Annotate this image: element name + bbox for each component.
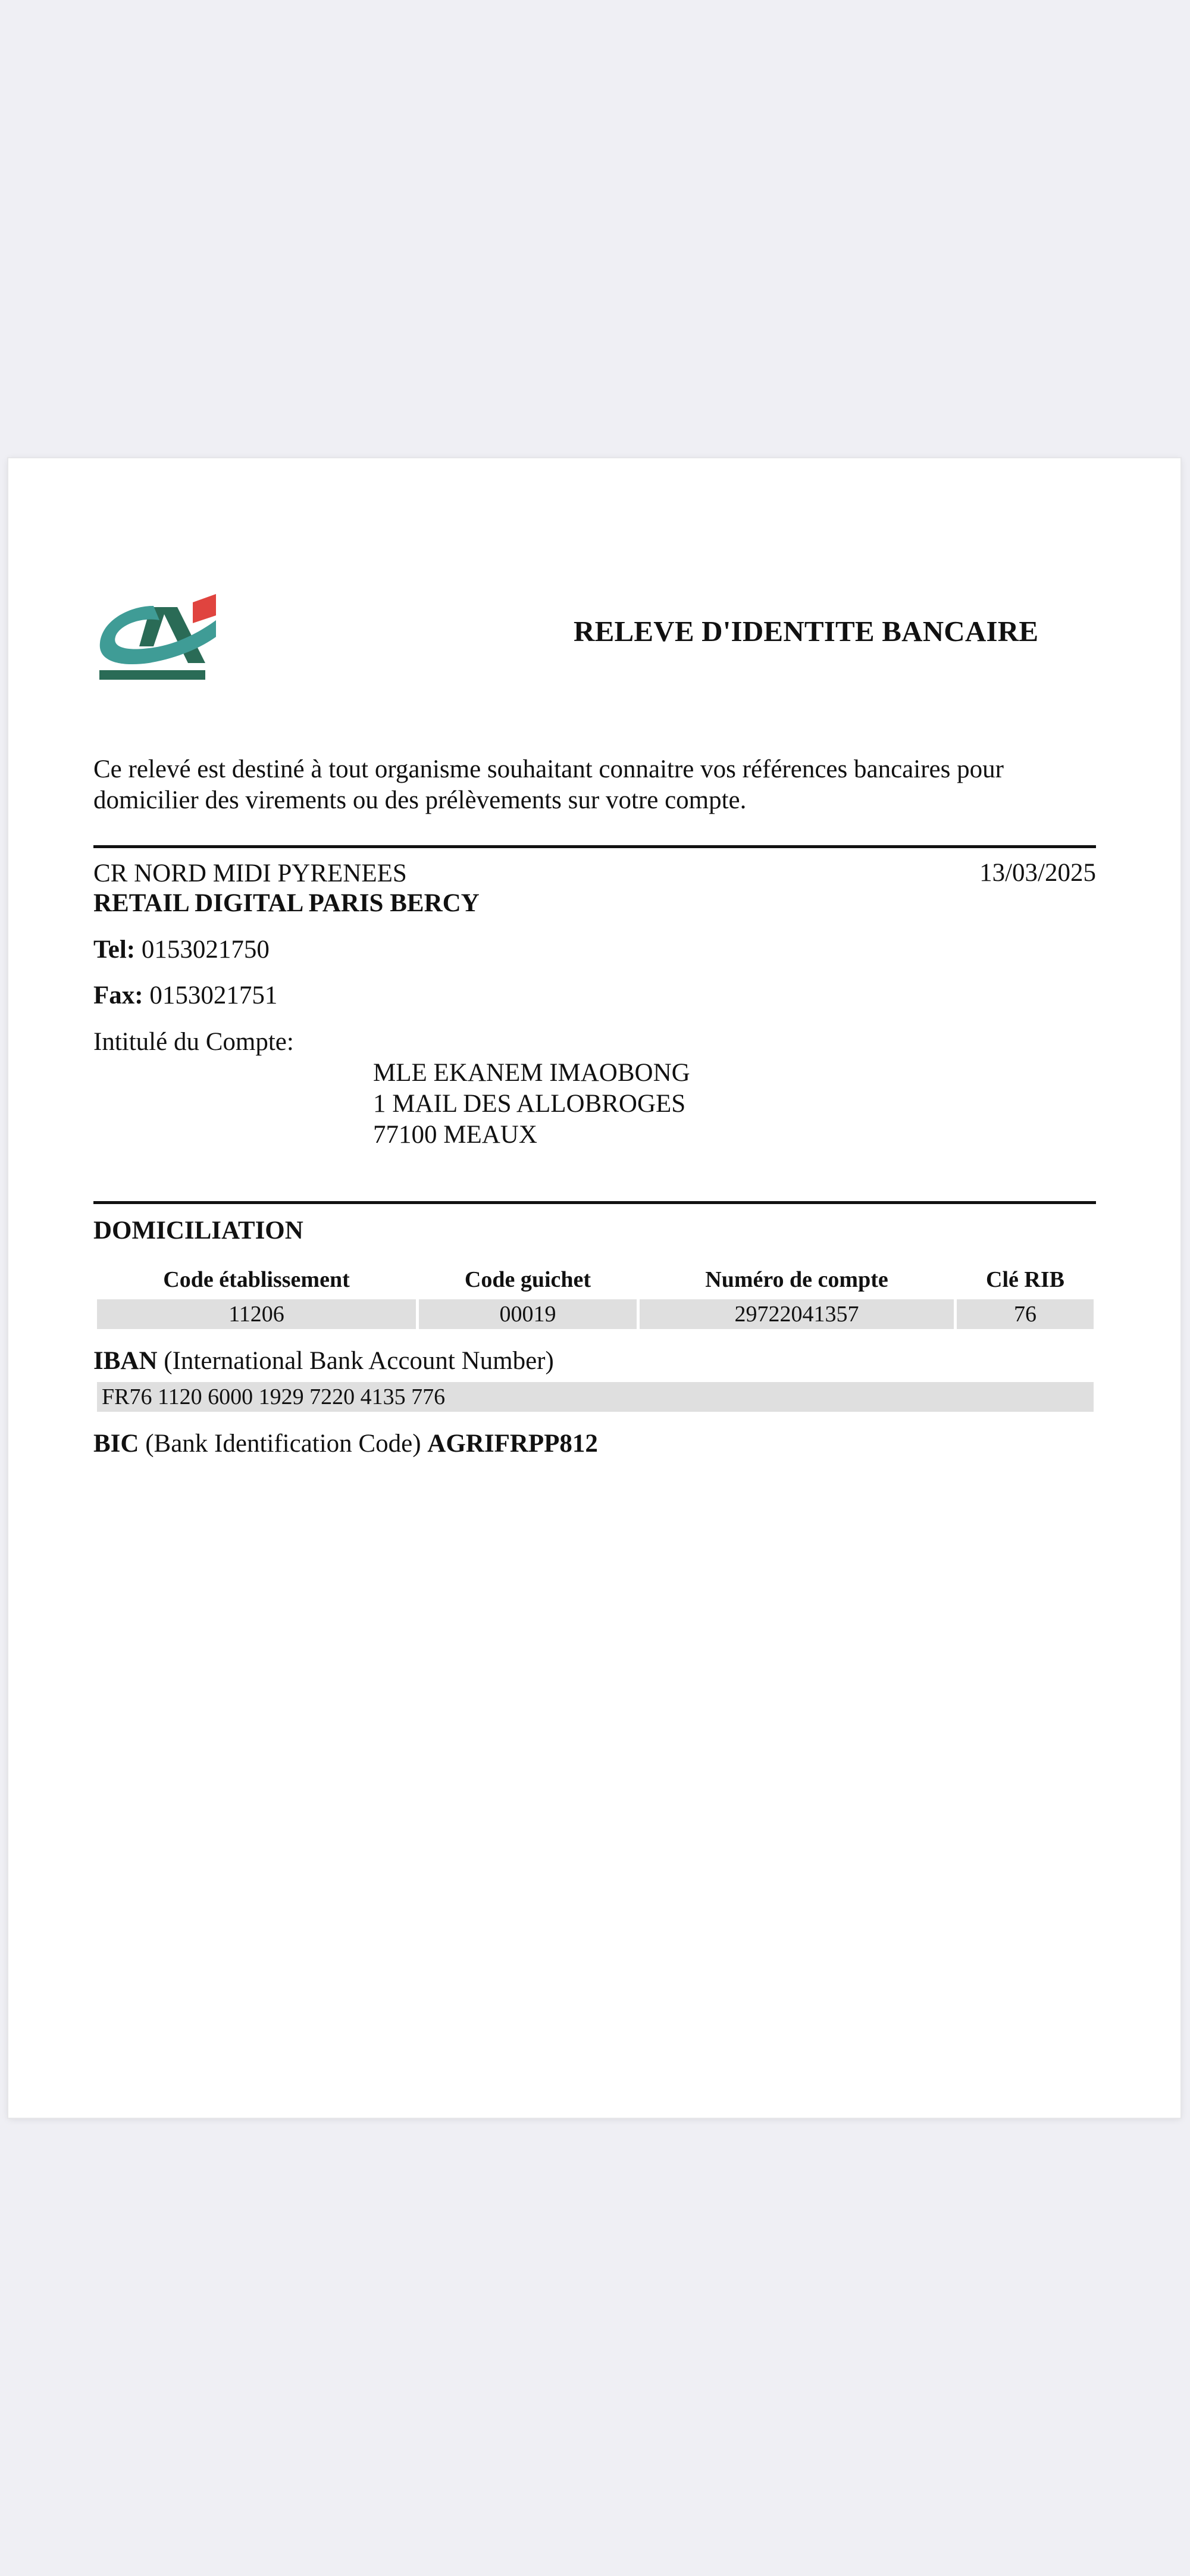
header-code-etablissement: Code établissement — [97, 1265, 416, 1299]
intro-line-2: domicilier des virements ou des prélèvem… — [93, 785, 1105, 816]
header-code-guichet: Code guichet — [419, 1265, 637, 1299]
bic-value: AGRIFRPP812 — [427, 1430, 598, 1458]
document-title: RELEVE D'IDENTITE BANCAIRE — [574, 614, 1038, 648]
telephone-line: Tel: 0153021750 — [93, 934, 270, 965]
header-cle-rib: Clé RIB — [957, 1265, 1094, 1299]
value-code-guichet: 00019 — [419, 1299, 637, 1329]
bic-label: BIC — [93, 1430, 139, 1458]
header-numero-compte: Numéro de compte — [640, 1265, 954, 1299]
credit-agricole-logo — [94, 590, 219, 680]
account-holder-address-2: 77100 MEAUX — [373, 1120, 537, 1151]
account-holder-address-1: 1 MAIL DES ALLOBROGES — [373, 1089, 685, 1120]
bank-logo-icon — [94, 590, 219, 680]
fax-label: Fax: — [93, 981, 143, 1009]
fax-line: Fax: 0153021751 — [93, 980, 277, 1011]
document-date: 13/03/2025 — [979, 858, 1096, 887]
account-holder-name: MLE EKANEM IMAOBONG — [373, 1058, 690, 1089]
top-divider — [93, 845, 1096, 848]
value-cle-rib: 76 — [957, 1299, 1094, 1329]
iban-label: IBAN — [93, 1347, 158, 1375]
regional-bank-name: CR NORD MIDI PYRENEES — [93, 858, 407, 889]
account-holder-label: Intitulé du Compte: — [93, 1027, 294, 1058]
middle-divider — [93, 1201, 1096, 1204]
table-row: 11206 00019 29722041357 76 — [97, 1299, 1094, 1329]
value-code-etablissement: 11206 — [97, 1299, 416, 1329]
tel-label: Tel: — [93, 936, 135, 964]
bic-description: (Bank Identification Code) — [145, 1430, 421, 1458]
iban-value: FR76 1120 6000 1929 7220 4135 776 — [97, 1382, 1094, 1412]
rib-codes-table: Code établissement Code guichet Numéro d… — [94, 1265, 1097, 1329]
iban-label-line: IBAN (International Bank Account Number) — [93, 1346, 554, 1375]
tel-value: 0153021750 — [142, 936, 270, 964]
iban-description: (International Bank Account Number) — [164, 1347, 554, 1375]
intro-text: Ce relevé est destiné à tout organisme s… — [93, 754, 1105, 816]
bic-line: BIC (Bank Identification Code) AGRIFRPP8… — [93, 1428, 598, 1459]
branch-name: RETAIL DIGITAL PARIS BERCY — [93, 888, 480, 919]
value-numero-compte: 29722041357 — [640, 1299, 954, 1329]
domiciliation-title: DOMICILIATION — [93, 1216, 303, 1245]
intro-line-1: Ce relevé est destiné à tout organisme s… — [93, 754, 1105, 785]
fax-value: 0153021751 — [149, 981, 277, 1009]
rib-document-page: RELEVE D'IDENTITE BANCAIRE Ce relevé est… — [8, 458, 1180, 2118]
